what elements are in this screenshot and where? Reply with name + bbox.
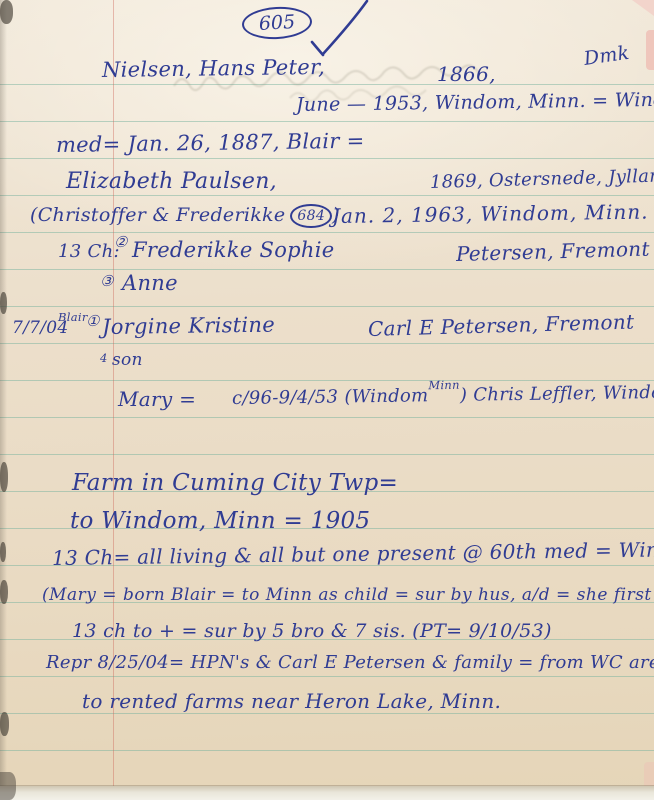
cross-reference-number: 684 (290, 204, 332, 228)
person-name: Nielsen, Hans Peter, (102, 55, 325, 82)
child2-number: ② (114, 233, 128, 251)
mary-spouse: ) Chris Leffler, Windom (460, 382, 654, 406)
spouse-parents: (Christoffer & Frederikke 684 ) (30, 204, 340, 228)
children-count: 13 Ch: (58, 241, 120, 262)
child4-word: son (112, 350, 143, 370)
right-scan-edge (646, 30, 654, 70)
note-report-2: to rented farms near Heron Lake, Minn. (82, 689, 501, 713)
note-mary-2: 13 ch to + = sur by 5 bro & 7 sis. (PT= … (72, 620, 552, 642)
spouse-parents-text: (Christoffer & Frederikke (30, 204, 285, 226)
child2-name: Frederikke Sophie (132, 238, 334, 262)
spouse-death: Jan. 2, 1963, Windom, Minn. (332, 200, 649, 228)
edge-mark (0, 772, 16, 800)
page-number: 605 (241, 5, 313, 41)
spouse-name: Elizabeth Paulsen, (66, 169, 277, 194)
edge-mark (0, 292, 7, 314)
birth-year: 1866, (437, 62, 496, 86)
notebook-page: 605 Nielsen, Hans Peter, 1866, Dmk June … (0, 0, 654, 800)
marriage-line: med= Jan. 26, 1887, Blair = (56, 129, 365, 157)
checkmark-icon (308, 0, 372, 60)
mary-dates: c/96-9/4/53 (Windom (232, 385, 429, 409)
child3-number: ③ (100, 272, 114, 290)
note-farm: Farm in Cuming City Twp= (72, 470, 398, 496)
note-move: to Windom, Minn = 1905 (70, 508, 370, 534)
left-scan-edge (0, 0, 7, 800)
edge-mark (0, 580, 8, 604)
edge-mark (0, 0, 13, 24)
edge-mark (0, 542, 6, 562)
child1-place: Blair (58, 306, 88, 325)
birth-country: Dmk (582, 42, 630, 70)
bottom-scan-edge (0, 786, 654, 800)
child4-number: 4 (100, 347, 108, 366)
child1-number: ① (86, 312, 100, 330)
edge-mark (0, 712, 9, 736)
mary-superscript-state: Minn (428, 378, 460, 392)
edge-mark (0, 462, 8, 492)
note-mary-1: (Mary = born Blair = to Minn as child = … (42, 585, 654, 605)
note-report-1: Repr 8/25/04= HPN's & Carl E Petersen & … (46, 652, 654, 673)
corner-scan-background (632, 0, 654, 16)
child3-name: Anne (122, 271, 178, 295)
mary-name: Mary = (118, 387, 196, 411)
child1-name: Jorgine Kristine (102, 313, 275, 339)
